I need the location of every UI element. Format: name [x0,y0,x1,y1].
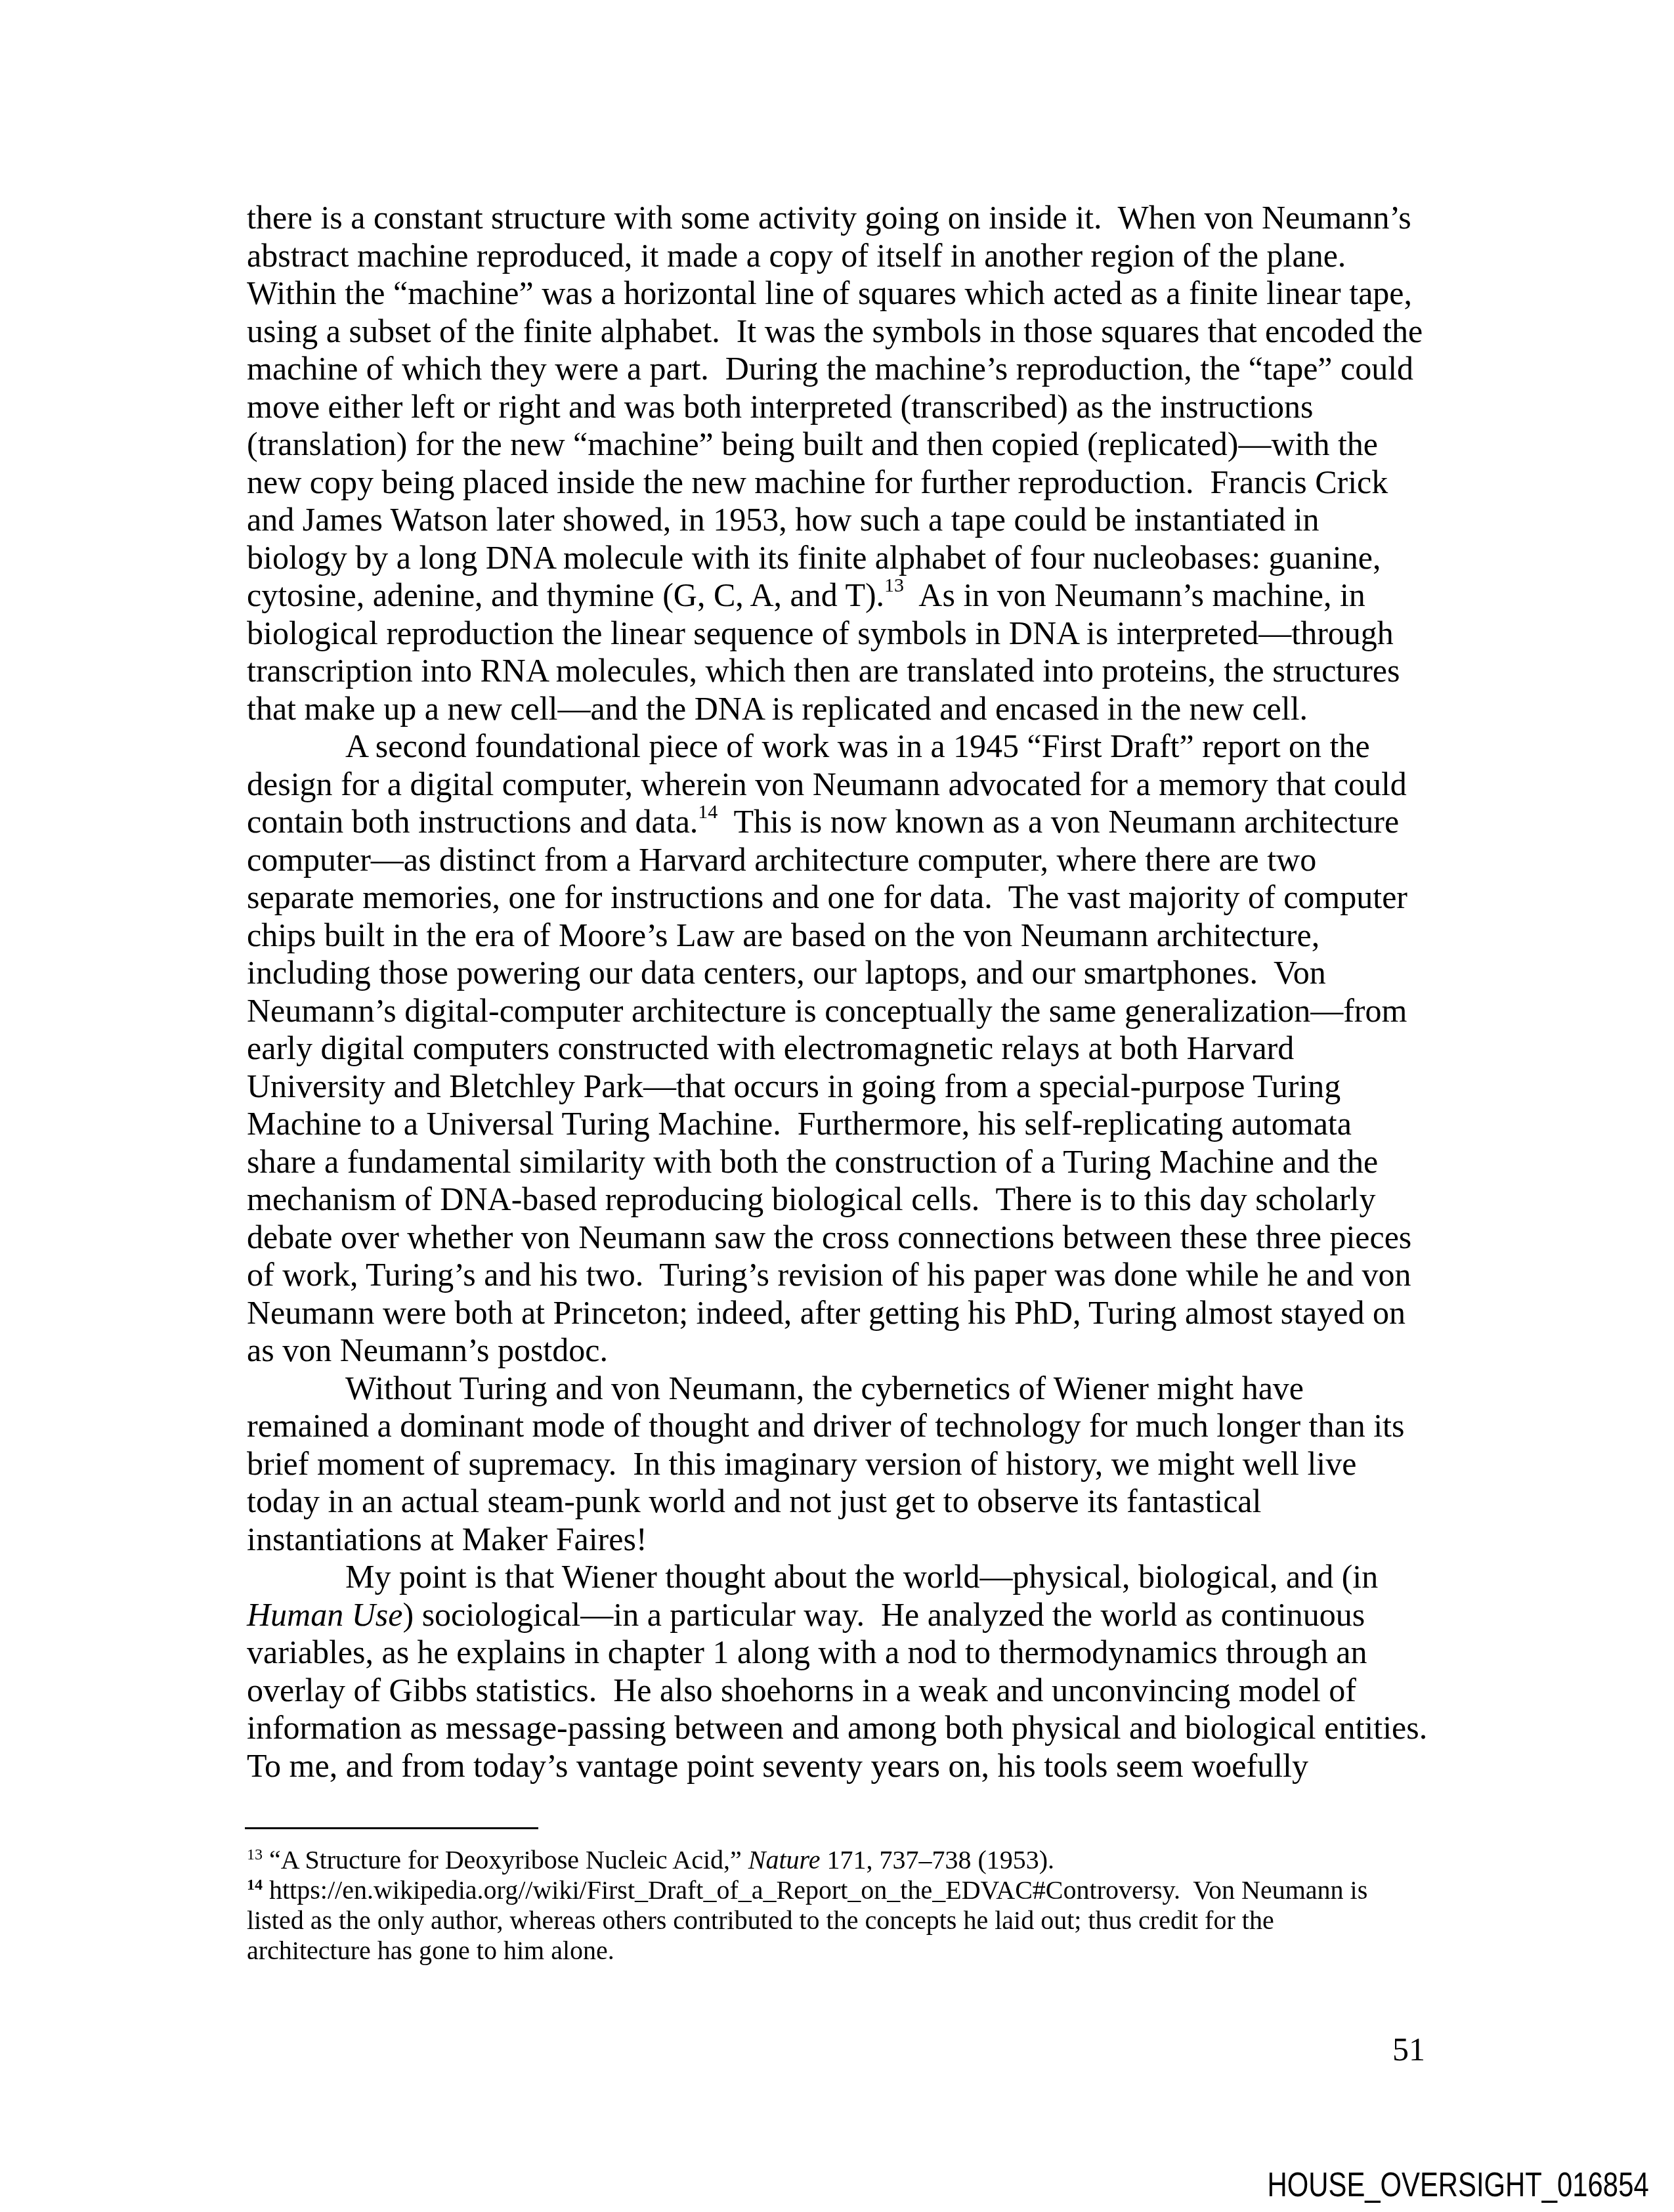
body-line: Human Use) sociological—in a particular … [247,1598,1365,1631]
body-line: early digital computers constructed with… [247,1031,1294,1064]
body-line: move either left or right and was both i… [247,390,1314,423]
body-line: contain both instructions and data.14 Th… [247,805,1399,838]
body-line: using a subset of the finite alphabet. I… [247,314,1423,347]
body-line: information as message-passing between a… [247,1711,1427,1744]
body-line: Within the “machine” was a horizontal li… [247,276,1412,309]
body-line: chips built in the era of Moore’s Law ar… [247,919,1320,951]
body-line: remained a dominant mode of thought and … [247,1409,1404,1442]
body-line: of work, Turing’s and his two. Turing’s … [247,1258,1411,1291]
body-line: To me, and from today’s vantage point se… [247,1749,1308,1782]
paragraph-start-line: A second foundational piece of work was … [345,729,1370,762]
body-line: University and Bletchley Park—that occur… [247,1070,1341,1102]
footnote-13: 13 “A Structure for Deoxyribose Nucleic … [247,1847,1054,1873]
body-line-text: cytosine, adenine, and thymine (G, C, A,… [247,576,884,613]
body-line: today in an actual steam-punk world and … [247,1485,1261,1517]
body-line: instantiations at Maker Faires! [247,1523,647,1555]
document-page: there is a constant structure with some … [0,0,1674,2212]
body-line-text: ) sociological—in a particular way. He a… [402,1596,1365,1633]
footnote-separator [245,1827,538,1829]
body-line-text: contain both instructions and data. [247,803,698,840]
body-line: transcription into RNA molecules, which … [247,654,1400,687]
body-line: overlay of Gibbs statistics. He also sho… [247,1674,1356,1706]
book-title-italic: Human Use [247,1596,402,1633]
body-line: machine of which they were a part. Durin… [247,352,1413,385]
body-line: variables, as he explains in chapter 1 a… [247,1636,1367,1668]
body-line: (translation) for the new “machine” bein… [247,427,1378,460]
body-line: share a fundamental similarity with both… [247,1145,1378,1178]
footnote-number: 14 [247,1876,263,1894]
footnote-link-text[interactable]: https://en.wikipedia.org//wiki/First_Dra… [263,1875,1367,1905]
body-line: mechanism of DNA-based reproducing biolo… [247,1182,1375,1215]
footnote-14-continuation: listed as the only author, whereas other… [247,1907,1274,1934]
body-line: Machine to a Universal Turing Machine. F… [247,1107,1352,1140]
body-line: design for a digital computer, wherein v… [247,768,1407,800]
body-line: as von Neumann’s postdoc. [247,1334,608,1366]
body-line: new copy being placed inside the new mac… [247,466,1388,498]
body-line: Neumann’s digital-computer architecture … [247,994,1407,1027]
body-line: brief moment of supremacy. In this imagi… [247,1447,1356,1480]
page-number: 51 [1392,2033,1425,2066]
body-line: biology by a long DNA molecule with its … [247,541,1381,574]
journal-title-italic: Nature [748,1845,821,1875]
body-line: abstract machine reproduced, it made a c… [247,239,1346,272]
body-line-text: This is now known as a von Neumann archi… [718,803,1399,840]
body-line-text: As in von Neumann’s machine, in [904,576,1365,613]
body-line: there is a constant structure with some … [247,201,1411,234]
body-line: cytosine, adenine, and thymine (G, C, A,… [247,578,1365,611]
body-line: debate over whether von Neumann saw the … [247,1221,1411,1253]
body-line: including those powering our data center… [247,956,1326,989]
paragraph-start-line: Without Turing and von Neumann, the cybe… [345,1372,1304,1404]
footnote-reference-14[interactable]: 14 [698,801,718,823]
body-line: and James Watson later showed, in 1953, … [247,503,1320,536]
footnote-14: 14 https://en.wikipedia.org//wiki/First_… [247,1877,1367,1903]
footnote-text: 171, 737–738 (1953). [820,1845,1054,1875]
paragraph-start-line: My point is that Wiener thought about th… [345,1560,1378,1593]
body-line: biological reproduction the linear seque… [247,617,1394,649]
body-line: that make up a new cell—and the DNA is r… [247,692,1308,725]
footnote-14-continuation: architecture has gone to him alone. [247,1938,614,1964]
footnote-number: 13 [247,1846,263,1863]
body-line: separate memories, one for instructions … [247,880,1407,913]
footnote-text: “A Structure for Deoxyribose Nucleic Aci… [263,1845,748,1875]
bates-stamp: HOUSE_OVERSIGHT_016854 [1268,2168,1649,2201]
body-line: Neumann were both at Princeton; indeed, … [247,1296,1406,1329]
body-line: computer—as distinct from a Harvard arch… [247,843,1316,876]
footnote-reference-13[interactable]: 13 [884,575,904,596]
